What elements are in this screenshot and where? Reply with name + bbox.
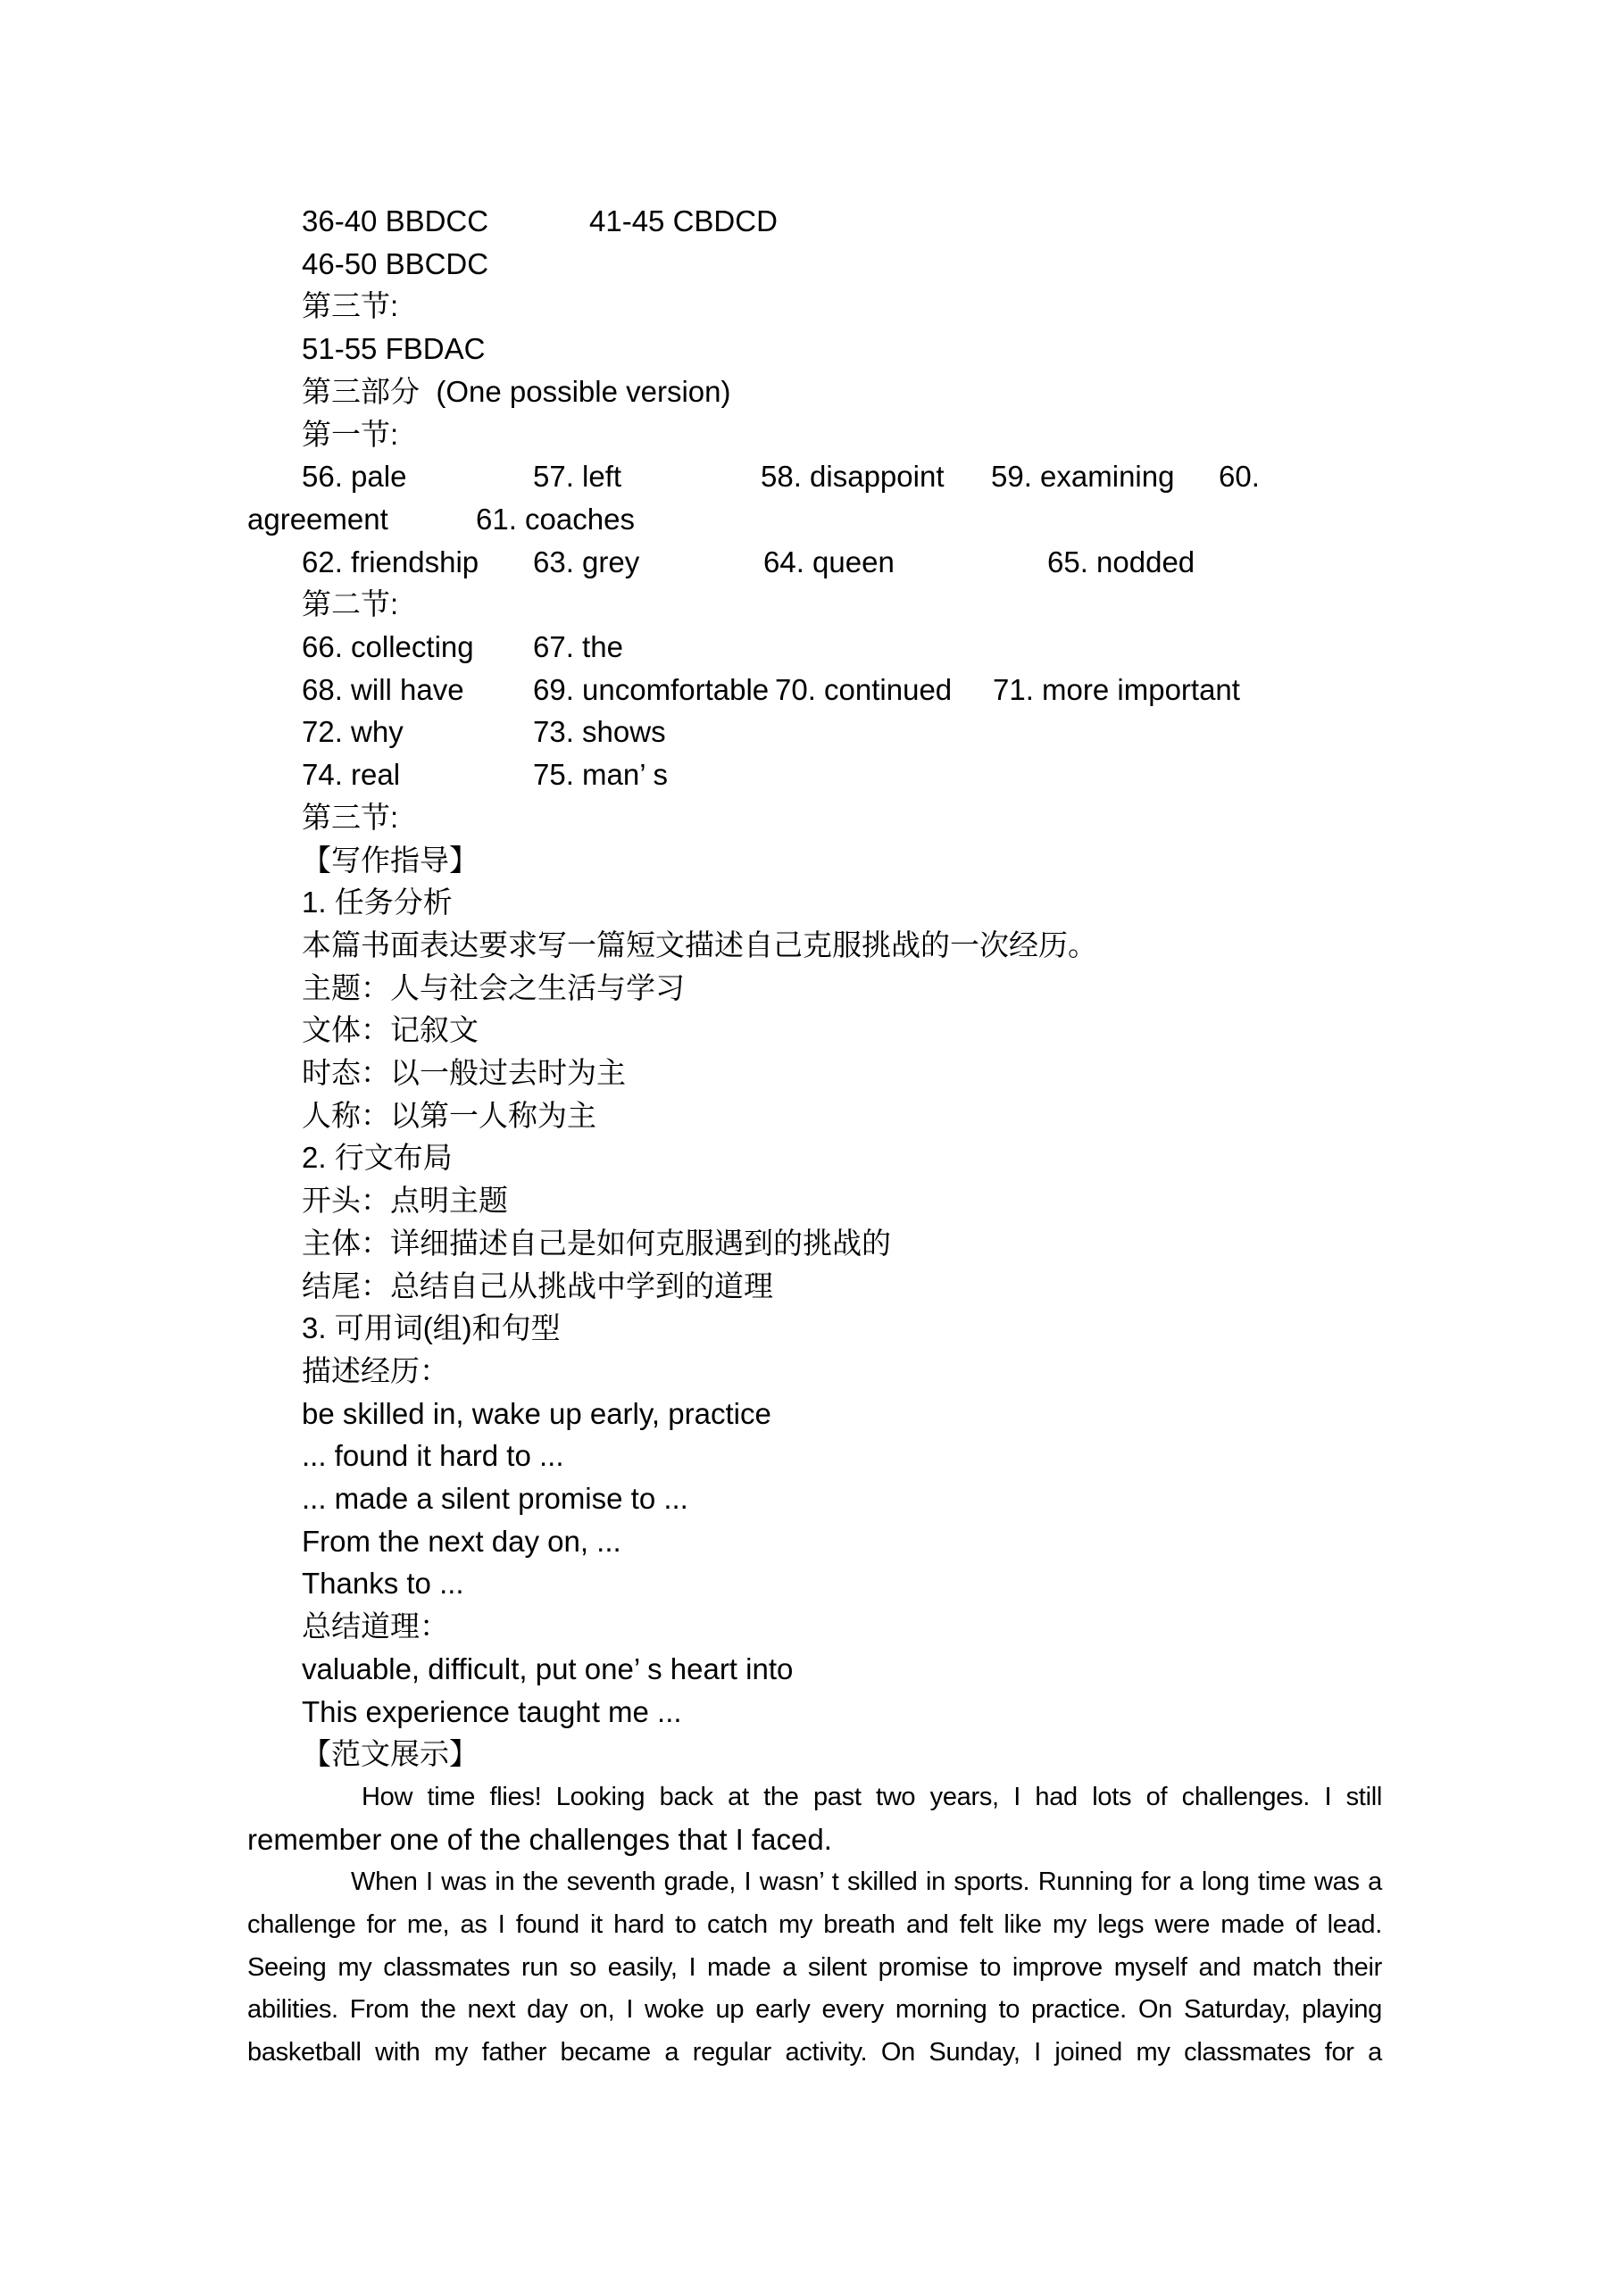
text-line: 72. why73. shows bbox=[0, 713, 1624, 756]
text-line: 本篇书面表达要求写一篇短文描述自己克服挑战的一次经历。 bbox=[0, 927, 1624, 969]
text-segment: 57. left bbox=[533, 458, 621, 495]
text-segment: 41-45 CBDCD bbox=[589, 203, 778, 240]
text-line: 1. 任务分析 bbox=[0, 884, 1624, 927]
text-line: 【范文展示】 bbox=[0, 1735, 1624, 1778]
text-segment: 74. real bbox=[302, 756, 400, 794]
text-line: ... found it hard to ... bbox=[0, 1437, 1624, 1480]
text-segment: 描述经历： bbox=[302, 1352, 449, 1390]
text-line: 第三节: bbox=[0, 799, 1624, 842]
text-segment: 46-50 BBCDC bbox=[302, 245, 488, 283]
text-segment: ... found it hard to ... bbox=[302, 1437, 564, 1475]
text-segment: 人称：以第一人称为主 bbox=[302, 1097, 596, 1135]
text-segment: 文体：记叙文 bbox=[302, 1011, 479, 1049]
text-line: valuable, difficult, put one’ s heart in… bbox=[0, 1651, 1624, 1693]
text-line: challenge for me, as I found it hard to … bbox=[247, 1906, 1382, 1949]
text-line: abilities. From the next day on, I woke … bbox=[247, 1991, 1382, 2034]
text-segment: 73. shows bbox=[533, 713, 666, 751]
text-segment: 65. nodded bbox=[1047, 544, 1195, 581]
text-segment: 3. 可用词(组)和句型 bbox=[302, 1310, 561, 1347]
text-line: 56. pale57. left58. disappoint59. examin… bbox=[0, 458, 1624, 501]
text-segment: 67. the bbox=[533, 628, 623, 666]
text-segment: 72. why bbox=[302, 713, 404, 751]
text-line: 74. real75. man’ s bbox=[0, 756, 1624, 799]
text-line: 总结道理： bbox=[0, 1608, 1624, 1651]
text-segment: 66. collecting bbox=[302, 628, 474, 666]
text-segment: 36-40 BBDCC bbox=[302, 203, 488, 240]
text-segment: From the next day on, ... bbox=[302, 1523, 621, 1560]
text-line: Seeing my classmates run so easily, I ma… bbox=[247, 1949, 1382, 1992]
text-line: This experience taught me ... bbox=[0, 1693, 1624, 1736]
text-segment: 主题：人与社会之生活与学习 bbox=[302, 969, 685, 1007]
text-line: basketball with my father became a regul… bbox=[247, 2034, 1382, 2076]
text-line: 第三节: bbox=[0, 287, 1624, 330]
text-line: From the next day on, ... bbox=[0, 1523, 1624, 1566]
text-line: 第一节: bbox=[0, 416, 1624, 459]
text-segment: 71. more important bbox=[993, 671, 1240, 709]
text-line: 51-55 FBDAC bbox=[0, 330, 1624, 373]
document-page: 36-40 BBDCC41-45 CBDCD46-50 BBCDC第三节:51-… bbox=[0, 0, 1624, 2296]
text-line: 62. friendship63. grey64. queen65. nodde… bbox=[0, 544, 1624, 586]
text-segment: 1. 任务分析 bbox=[302, 884, 453, 921]
text-segment: 69. uncomfortable bbox=[533, 671, 769, 709]
text-segment: agreement bbox=[247, 501, 388, 538]
text-segment: 56. pale bbox=[302, 458, 406, 495]
text-segment: 时态：以一般过去时为主 bbox=[302, 1054, 626, 1092]
text-segment: remember one of the challenges that I fa… bbox=[247, 1821, 832, 1859]
text-segment: 75. man’ s bbox=[533, 756, 668, 794]
text-segment: 本篇书面表达要求写一篇短文描述自己克服挑战的一次经历。 bbox=[302, 927, 1097, 964]
text-segment: 61. coaches bbox=[476, 501, 635, 538]
text-segment: 总结道理： bbox=[302, 1608, 449, 1645]
text-segment: 结尾：总结自己从挑战中学到的道理 bbox=[302, 1268, 773, 1305]
text-line: 66. collecting67. the bbox=[0, 628, 1624, 671]
text-segment: 59. examining bbox=[991, 458, 1174, 495]
text-line: 36-40 BBDCC41-45 CBDCD bbox=[0, 203, 1624, 245]
text-segment: 开头：点明主题 bbox=[302, 1182, 508, 1219]
text-line: When I was in the seventh grade, I wasn’… bbox=[247, 1863, 1382, 1906]
text-line: How time flies! Looking back at the past… bbox=[247, 1778, 1382, 1821]
text-segment: 主体：详细描述自己是如何克服遇到的挑战的 bbox=[302, 1225, 891, 1262]
text-segment: 第三节: bbox=[302, 799, 398, 836]
text-line: 第三部分 (One possible version) bbox=[0, 373, 1624, 416]
text-line: 主题：人与社会之生活与学习 bbox=[0, 969, 1624, 1012]
text-segment: 68. will have bbox=[302, 671, 464, 709]
text-segment: 63. grey bbox=[533, 544, 639, 581]
text-segment: This experience taught me ... bbox=[302, 1693, 682, 1731]
text-line: 描述经历： bbox=[0, 1352, 1624, 1395]
text-segment: ... made a silent promise to ... bbox=[302, 1480, 688, 1518]
text-line: 68. will have69. uncomfortable70. contin… bbox=[0, 671, 1624, 714]
text-segment: 第三节: bbox=[302, 287, 398, 325]
text-line: be skilled in, wake up early, practice bbox=[0, 1395, 1624, 1438]
text-segment: 第二节: bbox=[302, 586, 398, 623]
text-segment: 64. queen bbox=[763, 544, 895, 581]
text-line: agreement61. coaches bbox=[0, 501, 1624, 544]
text-segment: 【写作指导】 bbox=[302, 842, 479, 879]
text-segment: be skilled in, wake up early, practice bbox=[302, 1395, 771, 1433]
text-line: 人称：以第一人称为主 bbox=[0, 1097, 1624, 1140]
text-segment: 62. friendship bbox=[302, 544, 479, 581]
text-segment: 58. disappoint bbox=[761, 458, 945, 495]
text-segment: 51-55 FBDAC bbox=[302, 330, 485, 368]
text-line: 2. 行文布局 bbox=[0, 1139, 1624, 1182]
text-line: remember one of the challenges that I fa… bbox=[0, 1821, 1624, 1864]
text-line: 46-50 BBCDC bbox=[0, 245, 1624, 288]
text-line: 文体：记叙文 bbox=[0, 1011, 1624, 1054]
text-line: 开头：点明主题 bbox=[0, 1182, 1624, 1225]
text-segment: 2. 行文布局 bbox=[302, 1139, 453, 1177]
text-segment: Thanks to ... bbox=[302, 1565, 464, 1602]
text-line: 【写作指导】 bbox=[0, 842, 1624, 885]
text-line: 3. 可用词(组)和句型 bbox=[0, 1310, 1624, 1352]
text-line: ... made a silent promise to ... bbox=[0, 1480, 1624, 1523]
text-segment: 【范文展示】 bbox=[302, 1735, 479, 1773]
text-line: 主体：详细描述自己是如何克服遇到的挑战的 bbox=[0, 1225, 1624, 1268]
text-line: 第二节: bbox=[0, 586, 1624, 628]
text-line: Thanks to ... bbox=[0, 1565, 1624, 1608]
text-segment: 第三部分 (One possible version) bbox=[302, 373, 730, 411]
text-line: 时态：以一般过去时为主 bbox=[0, 1054, 1624, 1097]
text-segment: 60. bbox=[1219, 458, 1260, 495]
text-segment: 70. continued bbox=[775, 671, 952, 709]
text-segment: 第一节: bbox=[302, 416, 398, 453]
text-line: 结尾：总结自己从挑战中学到的道理 bbox=[0, 1268, 1624, 1310]
text-segment: valuable, difficult, put one’ s heart in… bbox=[302, 1651, 793, 1688]
